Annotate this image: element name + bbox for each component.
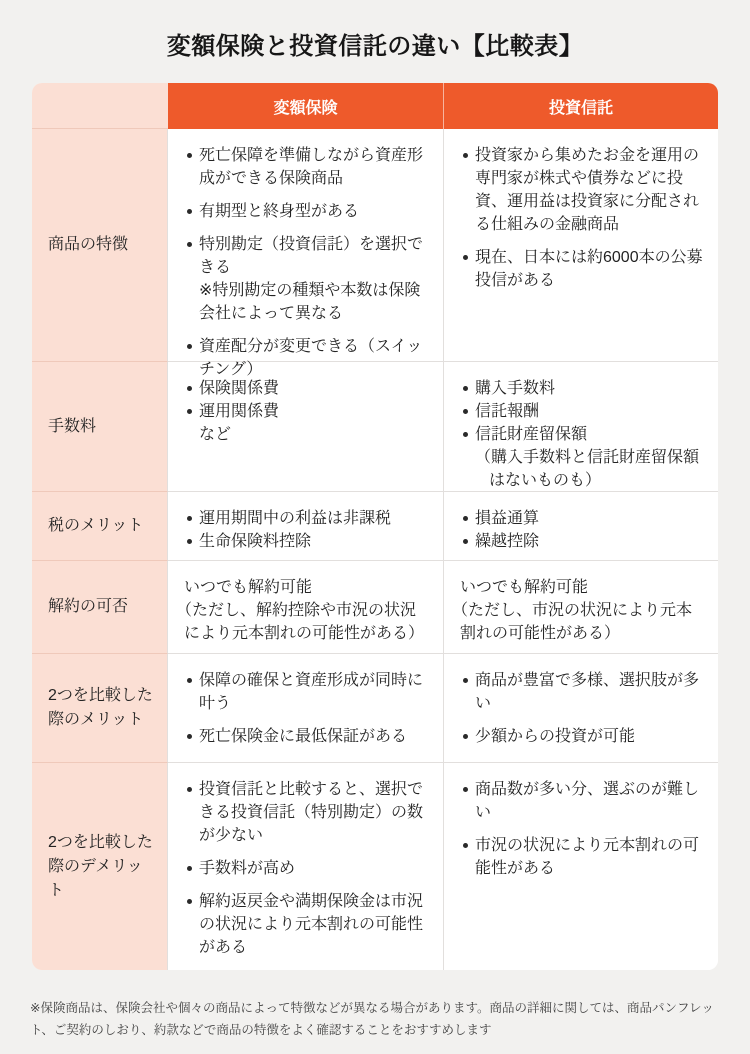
bullet-list: 保険関係費 運用関係費	[184, 377, 429, 423]
list-item: 解約返戻金や満期保険金は市況の状況により元本割れの可能性がある	[184, 890, 429, 959]
list-item-note: ※特別勘定の種類や本数は保険会社によって異なる	[199, 279, 429, 325]
bullet-list: 投資信託と比較すると、選択できる投資信託（特別勘定）の数が少ない 手数料が高め …	[184, 778, 429, 959]
row-label-text: 手数料	[48, 415, 96, 439]
list-item: 特別勘定（投資信託）を選択できる※特別勘定の種類や本数は保険会社によって異なる	[184, 233, 429, 325]
cell-tax-variable-insurance: 運用期間中の利益は非課税 生命保険料控除	[168, 492, 444, 561]
row-label-tax-merit: 税のメリット	[32, 492, 168, 561]
list-item: 死亡保障を準備しながら資産形成ができる保険商品	[184, 144, 429, 190]
bullet-list: 投資家から集めたお金を運用の専門家が株式や債券などに投資、運用益は投資家に分配さ…	[460, 144, 704, 292]
list-item: 商品数が多い分、選ぶのが難しい	[460, 778, 704, 824]
row-label-text: 2つを比較した際のデメリット	[48, 831, 157, 903]
cell-cancel-investment-trust: いつでも解約可能 （ただし、市況の状況により元本割れの可能性がある）	[444, 561, 718, 654]
row-label-comparison-demerit: 2つを比較した際のデメリット	[32, 763, 168, 970]
list-item: 損益通算	[460, 507, 704, 530]
list-item: 商品が豊富で多様、選択肢が多い	[460, 669, 704, 715]
list-item: 資産配分が変更できる（スイッチング）	[184, 335, 429, 381]
list-paren-note: （購入手数料と信託財産留保額はないものも）	[460, 446, 704, 492]
column-header-variable-insurance: 変額保険	[168, 83, 444, 129]
cell-merit-investment-trust: 商品が豊富で多様、選択肢が多い 少額からの投資が可能	[444, 654, 718, 763]
footnote: ※保険商品は、保険会社や個々の商品によって特徴などが異なる場合があります。商品の…	[30, 998, 721, 1042]
cell-tax-investment-trust: 損益通算 繰越控除	[444, 492, 718, 561]
bullet-list: 商品が豊富で多様、選択肢が多い 少額からの投資が可能	[460, 669, 704, 748]
list-item: 保障の確保と資産形成が同時に叶う	[184, 669, 429, 715]
bullet-list: 購入手数料 信託報酬 信託財産留保額	[460, 377, 704, 446]
list-item: 運用関係費	[184, 400, 429, 423]
row-label-product-features: 商品の特徴	[32, 129, 168, 362]
list-item: 生命保険料控除	[184, 530, 429, 553]
row-label-cancellation: 解約の可否	[32, 561, 168, 654]
table-corner-cell	[32, 83, 168, 129]
list-item: 購入手数料	[460, 377, 704, 400]
row-label-comparison-merit: 2つを比較した際のメリット	[32, 654, 168, 763]
row-label-text: 税のメリット	[48, 514, 143, 538]
list-item: 繰越控除	[460, 530, 704, 553]
row-label-text: 2つを比較した際のメリット	[48, 684, 157, 732]
cell-text-main: いつでも解約可能	[184, 576, 429, 599]
bullet-list: 死亡保障を準備しながら資産形成ができる保険商品 有期型と終身型がある 特別勘定（…	[184, 144, 429, 381]
list-item: 少額からの投資が可能	[460, 725, 704, 748]
bullet-list: 損益通算 繰越控除	[460, 507, 704, 553]
list-item: 有期型と終身型がある	[184, 200, 429, 223]
list-suffix: など	[199, 423, 429, 446]
list-item-text: 特別勘定（投資信託）を選択できる	[199, 236, 423, 276]
row-label-text: 解約の可否	[48, 595, 128, 619]
bullet-list: 運用期間中の利益は非課税 生命保険料控除	[184, 507, 429, 553]
bullet-list: 保障の確保と資産形成が同時に叶う 死亡保険金に最低保証がある	[184, 669, 429, 748]
list-item: 手数料が高め	[184, 857, 429, 880]
column-header-investment-trust: 投資信託	[444, 83, 718, 129]
cell-merit-variable-insurance: 保障の確保と資産形成が同時に叶う 死亡保険金に最低保証がある	[168, 654, 444, 763]
list-item: 運用期間中の利益は非課税	[184, 507, 429, 530]
row-label-text: 商品の特徴	[48, 233, 128, 257]
cell-features-investment-trust: 投資家から集めたお金を運用の専門家が株式や債券などに投資、運用益は投資家に分配さ…	[444, 129, 718, 362]
cell-text-paren: （ただし、解約控除や市況の状況により元本割れの可能性がある）	[184, 599, 429, 645]
list-item: 投資家から集めたお金を運用の専門家が株式や債券などに投資、運用益は投資家に分配さ…	[460, 144, 704, 236]
list-item: 保険関係費	[184, 377, 429, 400]
list-item: 現在、日本には約6000本の公募投信がある	[460, 246, 704, 292]
cell-fees-variable-insurance: 保険関係費 運用関係費 など	[168, 362, 444, 492]
bullet-list: 商品数が多い分、選ぶのが難しい 市況の状況により元本割れの可能性がある	[460, 778, 704, 880]
page-title: 変額保険と投資信託の違い【比較表】	[0, 0, 750, 61]
list-item: 信託財産留保額	[460, 423, 704, 446]
cell-fees-investment-trust: 購入手数料 信託報酬 信託財産留保額 （購入手数料と信託財産留保額はないものも）	[444, 362, 718, 492]
list-item: 死亡保険金に最低保証がある	[184, 725, 429, 748]
cell-text-paren: （ただし、市況の状況により元本割れの可能性がある）	[460, 599, 704, 645]
cell-demerit-variable-insurance: 投資信託と比較すると、選択できる投資信託（特別勘定）の数が少ない 手数料が高め …	[168, 763, 444, 970]
cell-text-main: いつでも解約可能	[460, 576, 704, 599]
cell-cancel-variable-insurance: いつでも解約可能 （ただし、解約控除や市況の状況により元本割れの可能性がある）	[168, 561, 444, 654]
list-item: 信託報酬	[460, 400, 704, 423]
list-item: 投資信託と比較すると、選択できる投資信託（特別勘定）の数が少ない	[184, 778, 429, 847]
cell-demerit-investment-trust: 商品数が多い分、選ぶのが難しい 市況の状況により元本割れの可能性がある	[444, 763, 718, 970]
cell-features-variable-insurance: 死亡保障を準備しながら資産形成ができる保険商品 有期型と終身型がある 特別勘定（…	[168, 129, 444, 362]
list-item: 市況の状況により元本割れの可能性がある	[460, 834, 704, 880]
row-label-fees: 手数料	[32, 362, 168, 492]
comparison-table: 変額保険 投資信託 商品の特徴 死亡保障を準備しながら資産形成ができる保険商品 …	[32, 83, 718, 970]
